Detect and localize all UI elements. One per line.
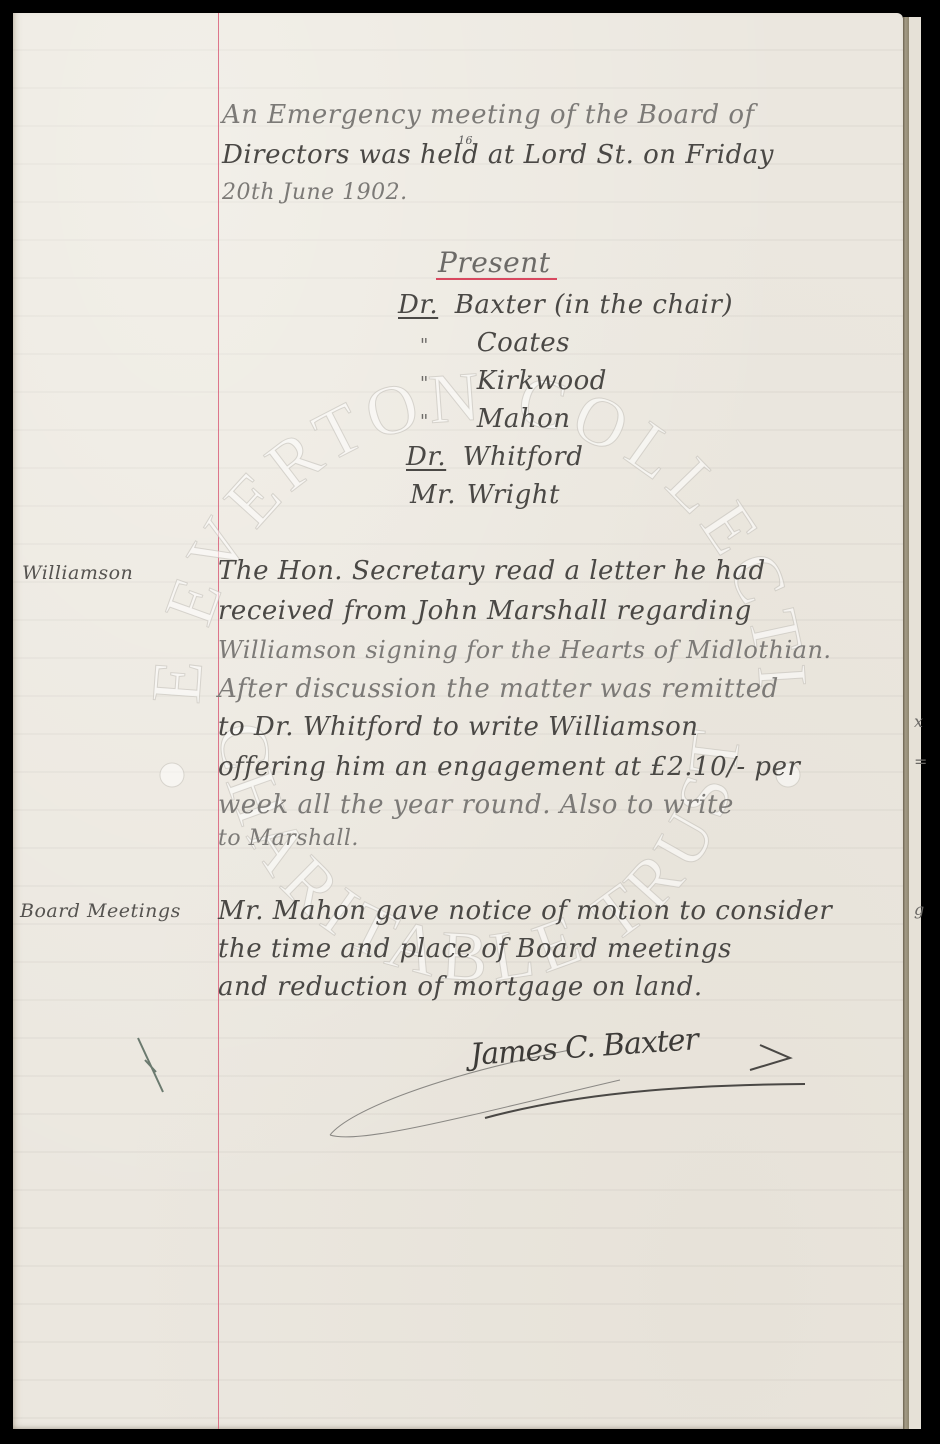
- attendee-row: " Kirkwood: [420, 366, 607, 396]
- attendee-name: Coates: [477, 328, 570, 358]
- attendee-row: Mr. Wright: [410, 480, 560, 510]
- attendee-row: Dr. Whitford: [406, 442, 583, 472]
- attendee-row: Dr. Baxter (in the chair): [398, 290, 733, 320]
- minute-line: Williamson signing for the Hearts of Mid…: [218, 636, 832, 664]
- ditto-mark: ": [420, 335, 468, 356]
- margin-note-board-meetings: Board Meetings: [20, 900, 181, 922]
- intro-line-1: An Emergency meeting of the Board of: [222, 100, 755, 130]
- pencil-tick-icon: [100, 1020, 220, 1120]
- attendee-name: Wright: [467, 480, 560, 510]
- attendee-row: " Coates: [420, 328, 570, 358]
- minute-line: the time and place of Board meetings: [218, 934, 732, 964]
- attendee-title: Dr.: [406, 442, 454, 472]
- minute-line: received from John Marshall regarding: [218, 596, 752, 626]
- edge-mark: =: [914, 752, 927, 771]
- attendee-title: Dr.: [398, 290, 446, 320]
- minute-line: Mr. Mahon gave notice of motion to consi…: [218, 896, 832, 926]
- edge-mark: x: [914, 712, 923, 731]
- attendee-name: Whitford: [463, 442, 584, 472]
- present-heading: Present: [436, 248, 557, 280]
- minute-line: After discussion the matter was remitted: [218, 674, 779, 704]
- ditto-mark: ": [420, 373, 468, 394]
- attendee-row: " Mahon: [420, 404, 571, 434]
- attendee-name: Baxter (in the chair): [455, 290, 733, 320]
- minute-line: The Hon. Secretary read a letter he had: [218, 556, 766, 586]
- attendee-title: Mr.: [410, 480, 458, 510]
- minute-line: week all the year round. Also to write: [218, 790, 734, 820]
- margin-note-williamson: Williamson: [22, 562, 133, 584]
- attendee-name: Kirkwood: [477, 366, 607, 396]
- minute-line: to Dr. Whitford to write Williamson: [218, 712, 699, 742]
- minute-line: offering him an engagement at £2.10/- pe…: [218, 752, 800, 782]
- ditto-mark: ": [420, 411, 468, 432]
- minute-line: to Marshall.: [218, 826, 359, 851]
- intro-line-3: 20th June 1902.: [222, 180, 408, 205]
- attendee-name: Mahon: [477, 404, 571, 434]
- minute-line: and reduction of mortgage on land.: [218, 972, 703, 1002]
- edge-mark: g: [914, 900, 924, 919]
- intro-line-2: Directors was held at Lord St. on Friday: [222, 140, 774, 170]
